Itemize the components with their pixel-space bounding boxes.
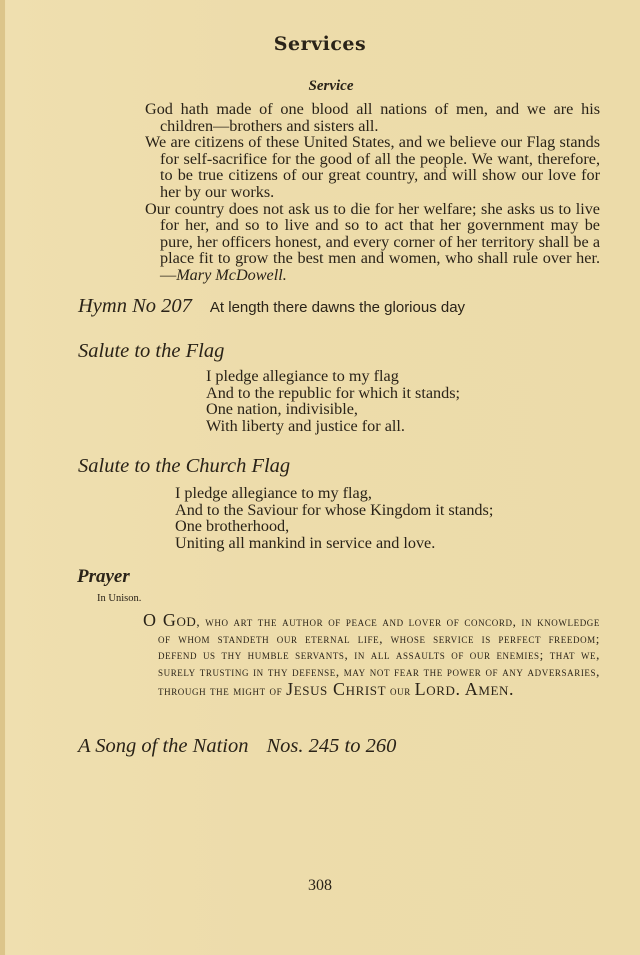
salute-church-flag-heading: Salute to the Church Flag <box>78 455 290 478</box>
song-heading: A Song of the Nation <box>78 735 248 757</box>
pledge-line: And to the Saviour for whose Kingdom it … <box>175 502 493 519</box>
salute-church-flag-text: I pledge allegiance to my flag, And to t… <box>175 485 493 551</box>
running-head: Services <box>0 33 640 55</box>
book-page: Services Service God hath made of one bl… <box>0 0 640 955</box>
pledge-line: With liberty and justice for all. <box>206 418 460 435</box>
service-paragraph-3: Our country does not ask us to die for h… <box>145 201 600 284</box>
song-numbers: Nos. 245 to 260 <box>266 735 396 757</box>
prayer-text: O God, who art the author of peace and l… <box>143 612 600 700</box>
prayer-heading: Prayer <box>77 566 130 588</box>
pledge-line: And to the republic for which it stands; <box>206 385 460 402</box>
attribution: Mary McDowell. <box>176 266 287 284</box>
salute-flag-heading: Salute to the Flag <box>78 340 224 363</box>
service-reading: God hath made of one blood all nations o… <box>145 101 600 284</box>
salute-flag-text: I pledge allegiance to my flag And to th… <box>206 368 460 434</box>
prayer-note: In Unison. <box>97 593 141 604</box>
service-paragraph-2: We are citizens of these United States, … <box>145 134 600 200</box>
hymn-title: At length there dawns the glorious day <box>210 299 465 316</box>
pledge-line: I pledge allegiance to my flag <box>206 368 460 385</box>
song-of-nation-line: A Song of the Nation Nos. 245 to 260 <box>78 735 396 758</box>
pledge-line: I pledge allegiance to my flag, <box>175 485 493 502</box>
hymn-label: Hymn No 207 <box>78 295 192 317</box>
page-number: 308 <box>0 877 640 895</box>
service-title: Service <box>0 78 640 95</box>
service-paragraph-1: God hath made of one blood all nations o… <box>145 101 600 134</box>
hymn-line: Hymn No 207 At length there dawns the gl… <box>78 295 465 318</box>
pledge-line: One nation, indivisible, <box>206 401 460 418</box>
pledge-line: One brotherhood, <box>175 518 493 535</box>
pledge-line: Uniting all mankind in service and love. <box>175 535 493 552</box>
page-edge <box>0 0 5 955</box>
